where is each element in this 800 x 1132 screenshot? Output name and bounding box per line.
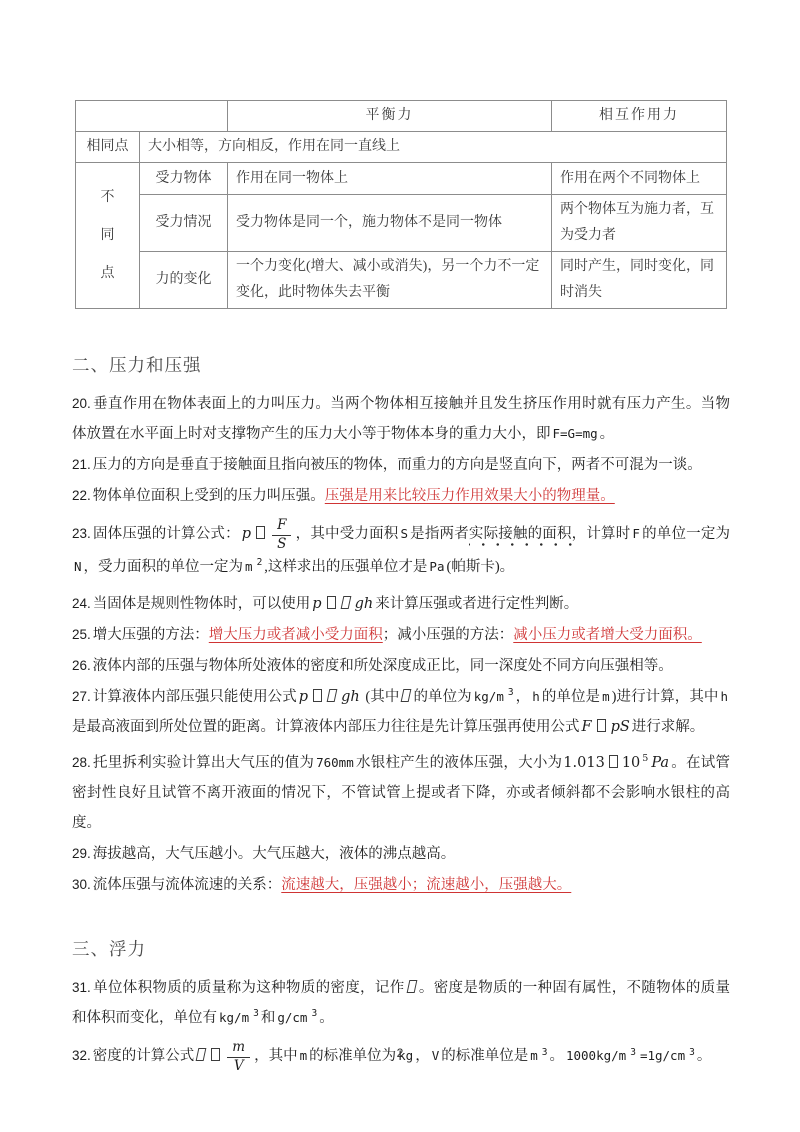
item-number: 26. <box>72 658 91 673</box>
section-title-buoyancy: 三、浮力 <box>72 936 730 962</box>
text-segment: 。 <box>600 426 615 442</box>
text-segment: 进行求解。 <box>632 719 705 735</box>
item-number: 30. <box>72 877 91 892</box>
text-segment: 增大压强的方法： <box>93 627 209 643</box>
text-segment: 。 <box>319 1010 334 1026</box>
text-segment: 增大压力或者减小受力面积 <box>209 627 383 643</box>
diff-label: 不同点 <box>76 163 140 309</box>
item-text: 单位体积物质的质量称为这种物质的密度，记作。密度是物质的一种固有属性，不随物体的… <box>72 980 730 1026</box>
force-comparison-table: 平衡力 相互作用力 相同点 大小相等，方向相反，作用在同一直线上 不同点 受力物… <box>75 100 726 309</box>
item-text: 液体内部的压强与物体所处液体的密度和所处深度成正比，同一深度处不同方向压强相等。 <box>93 658 673 674</box>
text-segment: N <box>74 559 82 574</box>
text-segment: 海拔越高，大气压越小。大气压越大，液体的沸点越高。 <box>93 846 456 862</box>
section-title-pressure: 二、压力和压强 <box>72 352 730 378</box>
balanced-cell: 作用在同一物体上 <box>228 163 552 195</box>
list-item-31: 31.单位体积物质的质量称为这种物质的密度，记作。密度是物质的一种固有属性，不随… <box>72 973 730 1033</box>
aspect-label: 受力物体 <box>140 163 228 195</box>
text-segment: 的单位为 <box>413 689 471 705</box>
text-segment: 760mm <box>316 755 354 770</box>
text-segment: )进行计算，其中 <box>612 689 719 705</box>
text-segment: g/cm <box>277 1010 307 1025</box>
text-segment: ，受力面积的单位一定为 <box>84 559 244 575</box>
text-segment: 3 <box>311 1008 317 1019</box>
column-header-balanced: 平衡力 <box>228 101 552 132</box>
text-segment: 压力的方向是垂直于接触面且指向被压的物体，而重力的方向是竖直向下，两者不可混为一… <box>93 457 702 473</box>
text-segment: 实际接触的面积 <box>469 526 572 547</box>
list-item-23: 23.固体压强的计算公式：pFS，其中受力面积S是指两者实际接触的面积，计算时F… <box>72 518 730 582</box>
text-segment: 压强是用来比较压力作用效果大小的物理量。 <box>325 488 615 504</box>
text-segment: 单位体积物质的质量称为这种物质的密度，记作 <box>93 980 405 996</box>
list-item-24: 24.当固体是规则性物体时，可以使用pgh来计算压强或者进行定性判断。 <box>72 589 730 619</box>
text-segment: m <box>245 559 253 574</box>
placeholder-box <box>327 596 336 609</box>
list-item-25: 25.增大压强的方法：增大压力或者减小受力面积；减小压强的方法：减小压力或者增大… <box>72 620 730 650</box>
text-segment: 流速越大，压强越小；流速越小，压强越大。 <box>281 877 571 893</box>
table-row: 平衡力 相互作用力 <box>76 101 727 132</box>
text-segment: pS <box>611 719 630 735</box>
table-row: 力的变化 一个力变化(增大、减小或消失)，另一个力不一定变化，此时物体失去平衡 … <box>76 252 727 309</box>
item-text: 流体压强与流体流速的关系：流速越大，压强越小；流速越小，压强越大。 <box>93 877 572 893</box>
item-text: 增大压强的方法：增大压力或者减小受力面积；减小压强的方法：减小压力或者增大受力面… <box>93 627 702 643</box>
table-row: 相同点 大小相等，方向相反，作用在同一直线上 <box>76 132 727 163</box>
list-item-26: 26.液体内部的压强与物体所处液体的密度和所处深度成正比，同一深度处不同方向压强… <box>72 651 730 681</box>
placeholder-box <box>313 689 322 702</box>
text-segment: F <box>632 526 640 541</box>
text-segment: p <box>242 526 251 542</box>
text-segment: 来计算压强或者进行定性判断。 <box>375 596 578 612</box>
placeholder-box <box>597 719 606 732</box>
item-text: 压力的方向是垂直于接触面且指向被压的物体，而重力的方向是竖直向下，两者不可混为一… <box>93 457 702 473</box>
placeholder-box <box>406 980 417 993</box>
item-text: 当固体是规则性物体时，可以使用pgh来计算压强或者进行定性判断。 <box>93 596 578 612</box>
interaction-cell: 两个物体互为施力者，互为受力者 <box>552 195 727 252</box>
text-segment: 托里拆利实验计算出大气压的值为 <box>93 755 314 771</box>
interaction-cell: 作用在两个不同物体上 <box>552 163 727 195</box>
item-text: 计算液体内部压强只能使用公式pgh (其中的单位为kg/m3，h的单位是m)进行… <box>72 689 730 735</box>
text-segment: 3 <box>253 1008 259 1019</box>
balanced-cell: 一个力变化(增大、减小或消失)，另一个力不一定变化，此时物体失去平衡 <box>228 252 552 309</box>
page-number: 2 <box>0 1046 800 1060</box>
text-segment: 2 <box>257 557 263 568</box>
item-text: 固体压强的计算公式：pFS，其中受力面积S是指两者实际接触的面积，计算时F的单位… <box>72 526 730 575</box>
text-segment: (帕斯卡)。 <box>446 559 514 575</box>
text-segment: 固体压强的计算公式： <box>93 526 240 542</box>
item-number: 31. <box>72 980 91 995</box>
item-number: 24. <box>72 596 91 611</box>
text-segment: Pa <box>651 755 669 771</box>
text-segment: 的单位是 <box>542 689 600 705</box>
text-segment: F <box>582 719 592 735</box>
text-segment: 流体压强与流体流速的关系： <box>93 877 282 893</box>
same-content: 大小相等，方向相反，作用在同一直线上 <box>140 132 727 163</box>
list-item-28: 28.托里拆利实验计算出大气压的值为760mm水银柱产生的液体压强，大小为1.0… <box>72 748 730 838</box>
list-item-29: 29.海拔越高，大气压越小。大气压越大，液体的沸点越高。 <box>72 839 730 869</box>
text-segment: 1.013 <box>563 755 605 771</box>
item-text: 垂直作用在物体表面上的力叫压力。当两个物体相互接触并且发生挤压作用时就有压力产生… <box>72 396 730 442</box>
table-row: 受力情况 受力物体是同一个，施力物体不是同一物体 两个物体互为施力者，互为受力者 <box>76 195 727 252</box>
text-segment: Pa <box>429 559 444 574</box>
text-segment: ， <box>516 689 531 705</box>
balanced-cell: 受力物体是同一个，施力物体不是同一物体 <box>228 195 552 252</box>
item-number: 23. <box>72 526 91 541</box>
list-item-30: 30.流体压强与流体流速的关系：流速越大，压强越小；流速越小，压强越大。 <box>72 870 730 900</box>
text-segment: 3 <box>508 687 514 698</box>
text-segment: ；减小压强的方法： <box>383 627 514 643</box>
text-segment: 垂直作用在物体表面上的力叫压力。当两个物体相互接触并且发生挤压作用时就有压力产生… <box>72 396 730 442</box>
placeholder-box <box>327 689 338 702</box>
text-segment: h <box>532 689 540 704</box>
text-segment: S <box>400 526 408 541</box>
aspect-label: 受力情况 <box>140 195 228 252</box>
text-segment: gh <box>341 689 360 705</box>
placeholder-box <box>256 526 265 539</box>
item-text: 物体单位面积上受到的压力叫压强。压强是用来比较压力作用效果大小的物理量。 <box>93 488 615 504</box>
placeholder-box <box>401 689 412 702</box>
interaction-cell: 同时产生，同时变化，同时消失 <box>552 252 727 309</box>
text-segment: 减小压力或者增大受力面积。 <box>513 627 702 643</box>
item-text: 托里拆利实验计算出大气压的值为760mm水银柱产生的液体压强，大小为1.0131… <box>72 755 730 831</box>
list-item-21: 21.压力的方向是垂直于接触面且指向被压的物体，而重力的方向是竖直向下，两者不可… <box>72 450 730 480</box>
text-segment: 和 <box>261 1010 276 1026</box>
text-segment: p <box>312 596 321 612</box>
list-item-27: 27.计算液体内部压强只能使用公式pgh (其中的单位为kg/m3，h的单位是m… <box>72 682 730 742</box>
text-segment: 的单位一定为 <box>642 526 730 542</box>
item-number: 29. <box>72 846 91 861</box>
item-number: 28. <box>72 755 91 770</box>
text-segment: kg/m <box>474 689 504 704</box>
text-segment: FS <box>272 518 291 552</box>
text-segment: (其中 <box>362 689 400 705</box>
text-segment: ，计算时 <box>572 526 631 542</box>
list-item-22: 22.物体单位面积上受到的压力叫压强。压强是用来比较压力作用效果大小的物理量。 <box>72 481 730 511</box>
list-item-20: 20.垂直作用在物体表面上的力叫压力。当两个物体相互接触并且发生挤压作用时就有压… <box>72 389 730 449</box>
text-segment: 5 <box>642 753 648 764</box>
item-number: 22. <box>72 488 91 503</box>
item-number: 20. <box>72 396 91 411</box>
item-number: 21. <box>72 457 91 472</box>
text-segment: gh <box>355 596 374 612</box>
text-segment: 物体单位面积上受到的压力叫压强。 <box>93 488 325 504</box>
text-segment: 是指两者 <box>410 526 469 542</box>
text-segment: ，其中受力面积 <box>295 526 398 542</box>
column-header-interaction: 相互作用力 <box>552 101 727 132</box>
table-row: 不同点 受力物体 作用在同一物体上 作用在两个不同物体上 <box>76 163 727 195</box>
text-segment: m <box>602 689 610 704</box>
text-segment: p <box>299 689 308 705</box>
item-number: 27. <box>72 689 91 704</box>
document-body: 二、压力和压强 20.垂直作用在物体表面上的力叫压力。当两个物体相互接触并且发生… <box>72 352 730 1081</box>
text-segment: 是最高液面到所处位置的距离。计算液体内部压力往往是先计算压强再使用公式 <box>72 719 580 735</box>
placeholder-box <box>340 596 351 609</box>
corner-cell <box>76 101 228 132</box>
text-segment: 10 <box>622 755 640 771</box>
item-text: 海拔越高，大气压越小。大气压越大，液体的沸点越高。 <box>93 846 456 862</box>
aspect-label: 力的变化 <box>140 252 228 309</box>
text-segment: 计算液体内部压强只能使用公式 <box>93 689 297 705</box>
placeholder-box <box>609 755 618 768</box>
text-segment: ,这样求出的压强单位才是 <box>264 559 427 575</box>
text-segment: 液体内部的压强与物体所处液体的密度和所处深度成正比，同一深度处不同方向压强相等。 <box>93 658 673 674</box>
text-segment: h <box>721 689 729 704</box>
text-segment: 水银柱产生的液体压强，大小为 <box>356 755 563 771</box>
text-segment: 当固体是规则性物体时，可以使用 <box>93 596 311 612</box>
same-label: 相同点 <box>76 132 140 163</box>
text-segment: kg/m <box>219 1010 249 1025</box>
text-segment: F=G=mg <box>553 426 598 441</box>
item-number: 25. <box>72 627 91 642</box>
